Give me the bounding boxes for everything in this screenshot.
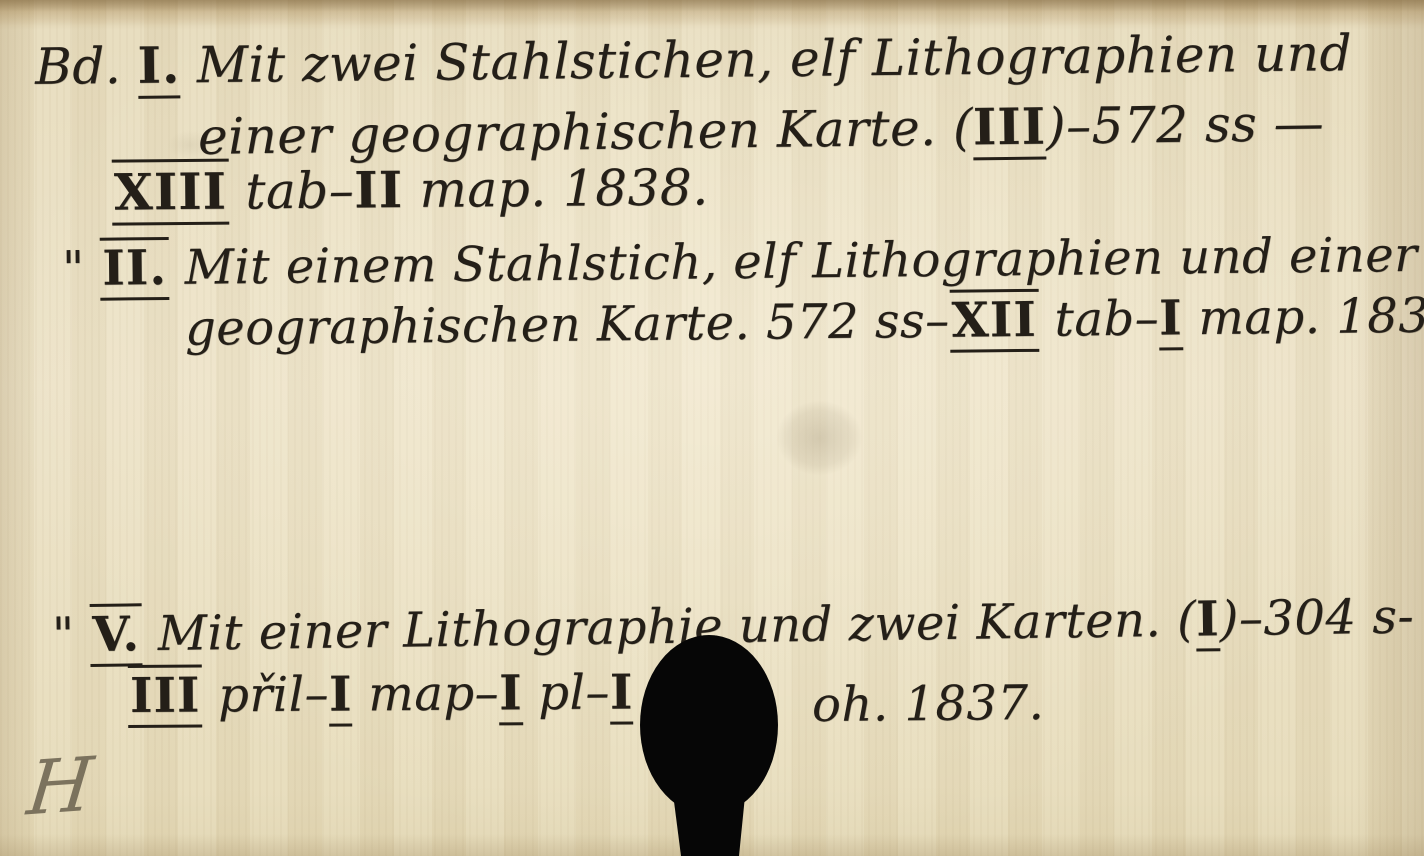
- entry-text: einer geographischen Karte. (: [198, 98, 974, 165]
- entry-text: geographischen Karte. 572 ss–: [185, 293, 950, 357]
- entry-text: Mit zwei Stahlstichen, elf Lithographien…: [180, 24, 1352, 94]
- entry-2-line-2: geographischen Karte. 572 ss–XII tab–I m…: [185, 287, 1424, 357]
- pagination-numeral: III: [973, 97, 1047, 161]
- year-text: map. 1838.: [1182, 287, 1424, 346]
- map-count-numeral: I: [1159, 290, 1183, 350]
- pagination-numeral: I: [1196, 591, 1220, 651]
- catalog-card: Bd. I. Mit zwei Stahlstichen, elf Lithog…: [0, 0, 1424, 856]
- map-count-numeral: I: [329, 666, 353, 726]
- card-left-edge: [0, 0, 34, 856]
- entry-text: Mit einem Stahlstich, elf Lithographien …: [169, 227, 1418, 296]
- plate-count-numeral: XII: [949, 289, 1039, 353]
- plan-count-numeral: I: [499, 665, 523, 725]
- collation-text: pl–: [522, 665, 610, 722]
- paper-smudge: [762, 388, 877, 488]
- card-right-edge: [1354, 0, 1424, 856]
- map-count-numeral: II: [354, 160, 403, 219]
- entry-label: Bd.: [35, 37, 138, 96]
- card-top-edge: [0, 0, 1424, 26]
- ditto-mark: ": [52, 607, 91, 664]
- pencil-mark: H: [24, 741, 94, 832]
- collation-text: přil–: [202, 667, 329, 724]
- collation-text: tab–: [1038, 291, 1159, 348]
- collation-text: tab–: [229, 161, 355, 220]
- collation-text: )–304 s-: [1219, 588, 1414, 647]
- prelim-count-numeral: III: [128, 664, 203, 728]
- entry-2-line-1: " II. Mit einem Stahlstich, elf Lithogra…: [62, 227, 1418, 297]
- volume-numeral: II.: [100, 237, 169, 301]
- volume-numeral: V.: [90, 603, 142, 667]
- entry-1-line-3: XIII tab–II map. 1838.: [112, 157, 709, 221]
- entry-1-line-2: einer geographischen Karte. (III)–572 ss…: [198, 93, 1325, 166]
- year-text: map. 1838.: [403, 158, 709, 219]
- entry-1-line-1: Bd. I. Mit zwei Stahlstichen, elf Lithog…: [35, 23, 1353, 96]
- punch-hole: [600, 628, 900, 856]
- collation-text: )–572 ss —: [1046, 94, 1325, 155]
- collation-text: map–: [352, 665, 499, 722]
- ditto-mark: ": [62, 241, 101, 297]
- volume-numeral: I.: [137, 35, 180, 98]
- plate-count-numeral: XIII: [112, 159, 230, 226]
